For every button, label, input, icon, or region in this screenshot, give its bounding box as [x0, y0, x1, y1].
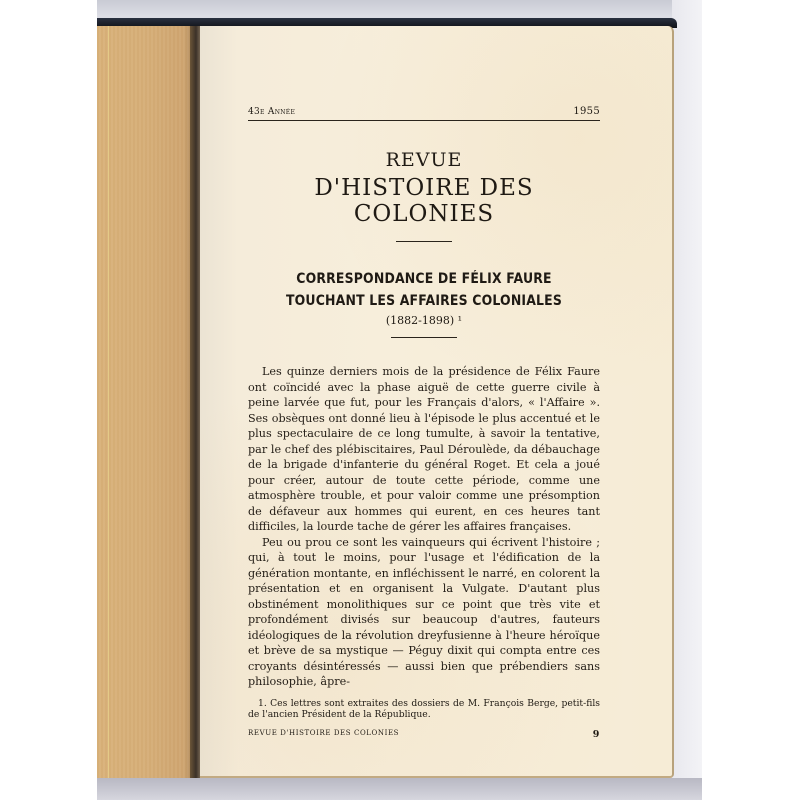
article-title-line2: TOUCHANT LES AFFAIRES COLONIALES: [273, 290, 576, 312]
page-number: 9: [593, 729, 600, 740]
volume-year-label: 43e Année: [248, 107, 295, 117]
running-head: 43e Année 1955: [248, 106, 600, 121]
journal-title-line2: D'HISTOIRE DES COLONIES: [248, 175, 600, 227]
article-dates: (1882-1898) ¹: [248, 314, 600, 327]
journal-title: REVUE D'HISTOIRE DES COLONIES: [248, 149, 600, 227]
article-divider: [391, 337, 457, 338]
title-divider: [396, 241, 452, 242]
book-cover: [97, 26, 199, 778]
article-title: CORRESPONDANCE DE FÉLIX FAURE TOUCHANT L…: [273, 268, 576, 312]
paragraph: Les quinze derniers mois de la présidenc…: [248, 364, 600, 535]
running-foot-title: REVUE D'HISTOIRE DES COLONIES: [248, 729, 399, 740]
footnote-text: 1. Ces lettres sont extraites des dossie…: [248, 698, 600, 721]
scanner-edge: [672, 0, 702, 800]
scanner-bottom: [97, 778, 702, 800]
footnote: 1. Ces lettres sont extraites des dossie…: [248, 698, 600, 721]
cover-fold-line: [108, 26, 109, 778]
journal-title-line1: REVUE: [248, 149, 600, 171]
paragraph: Peu ou prou ce sont les vainqueurs qui é…: [248, 535, 600, 690]
running-foot: REVUE D'HISTOIRE DES COLONIES 9: [248, 729, 600, 740]
page-content: 43e Année 1955 REVUE D'HISTOIRE DES COLO…: [248, 106, 600, 740]
article-title-line1: CORRESPONDANCE DE FÉLIX FAURE: [273, 268, 576, 290]
book-page: 43e Année 1955 REVUE D'HISTOIRE DES COLO…: [200, 26, 674, 778]
publication-year: 1955: [573, 106, 600, 117]
article-body: Les quinze derniers mois de la présidenc…: [248, 364, 600, 690]
